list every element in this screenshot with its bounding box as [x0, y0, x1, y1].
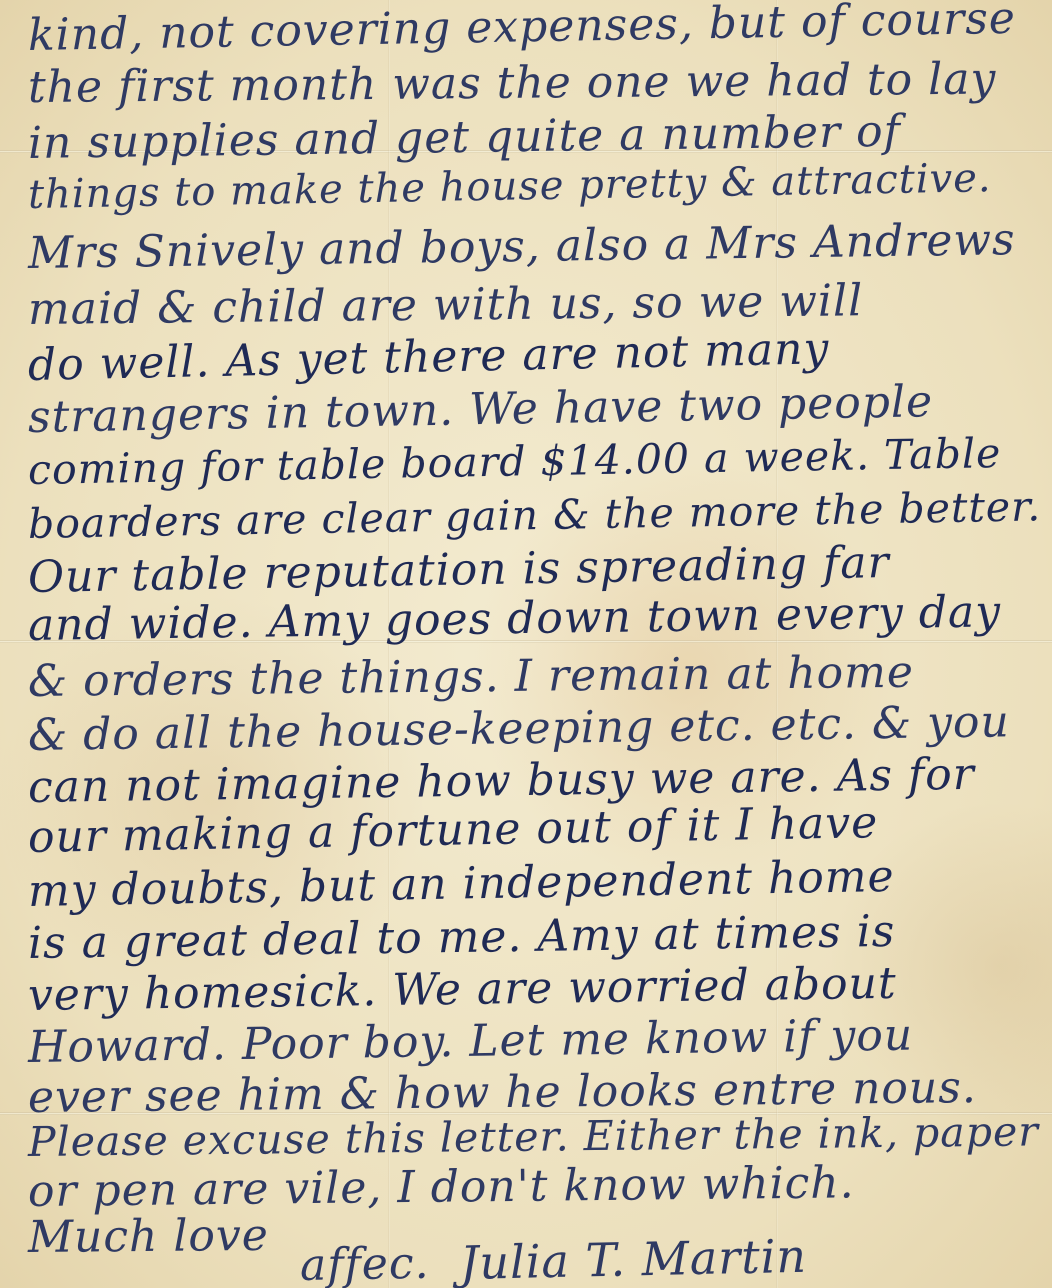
letter-line: & orders the things. I remain at home — [28, 647, 914, 707]
letter-line: kind, not covering expenses, but of cour… — [28, 0, 1017, 61]
letter-line: or pen are vile, I don't know which. — [28, 1157, 855, 1217]
letter-line: the first month was the one we had to la… — [28, 54, 997, 113]
letter-line: boarders are clear gain & the more the b… — [28, 482, 1042, 548]
letter-line: Much love — [28, 1210, 269, 1263]
letter-line: Mrs Snively and boys, also a Mrs Andrews — [28, 214, 1016, 279]
letter-signature: Julia T. Martin — [459, 1229, 807, 1288]
letter-closing: affec. — [300, 1238, 430, 1288]
letter-page: kind, not covering expenses, but of cour… — [0, 0, 1052, 1288]
letter-line: Please excuse this letter. Either the in… — [28, 1107, 1039, 1166]
